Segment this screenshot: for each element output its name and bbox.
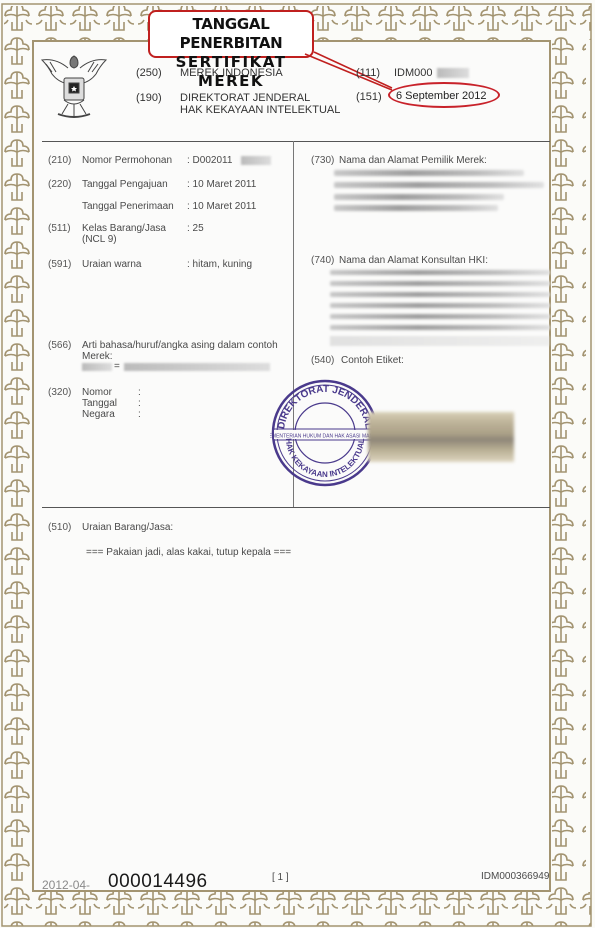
footer-registration-number: IDM000366949 <box>481 871 549 882</box>
redacted-consultant-line-3 <box>330 292 550 297</box>
serial-prefix: 2012-04- <box>42 878 90 892</box>
label-nomor-permohonan: Nomor Permohonan <box>82 155 172 166</box>
code-210: (210) <box>48 155 71 166</box>
sep-3: : <box>138 409 141 420</box>
value-tanggal-penerimaan: : 10 Maret 2011 <box>187 201 256 212</box>
label-arti-bahasa: Arti bahasa/huruf/angka asing dalam cont… <box>82 340 278 351</box>
code-510: (510) <box>48 522 71 533</box>
redacted-consultant-line-7 <box>330 336 550 346</box>
code-250: (250) <box>136 67 162 79</box>
label-tanggal-penerimaan: Tanggal Penerimaan <box>82 201 174 212</box>
redacted-owner-line-2 <box>334 182 544 188</box>
code-740: (740) <box>311 255 334 266</box>
label-priority-nomor: Nomor <box>82 387 112 398</box>
serial-number: 000014496 <box>108 871 208 893</box>
code-511: (511) <box>48 223 71 234</box>
value-uraian-warna: : hitam, kuning <box>187 259 252 270</box>
garuda-emblem-icon <box>38 48 110 124</box>
label-pemilik-merek: Nama dan Alamat Pemilik Merek: <box>339 155 487 166</box>
registration-number-field: IDM000 <box>394 67 433 79</box>
code-190: (190) <box>136 92 162 104</box>
issue-date-callout: TANGGAL PENERBITAN SERTIFIKAT MEREK <box>148 10 314 58</box>
redacted-registration <box>437 68 469 78</box>
label-ncl: (NCL 9) <box>82 234 117 245</box>
code-320: (320) <box>48 387 71 398</box>
redacted-consultant-line-5 <box>330 314 550 319</box>
divider-top <box>42 141 550 142</box>
code-220: (220) <box>48 179 71 190</box>
label-uraian-barang: Uraian Barang/Jasa: <box>82 522 173 533</box>
label-tanggal-pengajuan: Tanggal Pengajuan <box>82 179 168 190</box>
sep-1: : <box>138 387 141 398</box>
svg-text:HAK KEKAYAAN INTELEKTUAL: HAK KEKAYAAN INTELEKTUAL <box>284 438 366 479</box>
merek-indonesia-title: MEREK INDONESIA <box>180 67 283 79</box>
redacted-foreign-word <box>82 363 112 371</box>
svg-text:DIREKTORAT JENDERAL: DIREKTORAT JENDERAL <box>276 384 374 430</box>
sep-2: : <box>138 398 141 409</box>
label-kelas-barang: Kelas Barang/Jasa <box>82 223 166 234</box>
redacted-consultant-line-1 <box>330 270 550 275</box>
redacted-consultant-line-2 <box>330 281 550 286</box>
divider-bottom <box>42 507 550 508</box>
code-591: (591) <box>48 259 71 270</box>
label-merek: Merek: <box>82 351 113 362</box>
date-highlight-oval <box>388 82 500 108</box>
page-number: [ 1 ] <box>272 872 289 883</box>
code-151: (151) <box>356 91 382 103</box>
code-730: (730) <box>311 155 334 166</box>
directorate-title: DIREKTORAT JENDERAL <box>180 92 310 104</box>
label-uraian-warna: Uraian warna <box>82 259 141 270</box>
redacted-label-sample <box>368 412 514 462</box>
directorate-subtitle: HAK KEKAYAAN INTELEKTUAL <box>180 104 340 116</box>
callout-line-1: TANGGAL PENERBITAN <box>150 15 312 53</box>
redacted-owner-line-3 <box>334 194 504 200</box>
redacted-foreign-meaning <box>124 363 270 371</box>
value-arti-prefix: = <box>114 361 120 372</box>
redacted-application-number <box>241 156 271 165</box>
value-kelas-barang: : 25 <box>187 223 204 234</box>
redacted-consultant-line-6 <box>330 325 550 330</box>
label-konsultan-hki: Nama dan Alamat Konsultan HKI: <box>339 255 488 266</box>
code-566: (566) <box>48 340 71 351</box>
value-nomor-permohonan: : D002011 <box>187 155 232 166</box>
redacted-owner-line-4 <box>334 205 498 211</box>
official-stamp-icon: DIREKTORAT JENDERAL KEMENTERIAN HUKUM DA… <box>270 378 380 488</box>
label-priority-tanggal: Tanggal <box>82 398 117 409</box>
callout-pointer-icon <box>300 50 400 100</box>
value-uraian-barang: === Pakaian jadi, alas kakai, tutup kepa… <box>86 547 291 558</box>
label-priority-negara: Negara <box>82 409 115 420</box>
redacted-consultant-line-4 <box>330 303 550 308</box>
label-contoh-etiket: Contoh Etiket: <box>341 355 404 366</box>
value-tanggal-pengajuan: : 10 Maret 2011 <box>187 179 256 190</box>
code-111: (111) <box>356 67 380 79</box>
redacted-owner-line-1 <box>334 170 524 176</box>
code-540: (540) <box>311 355 334 366</box>
